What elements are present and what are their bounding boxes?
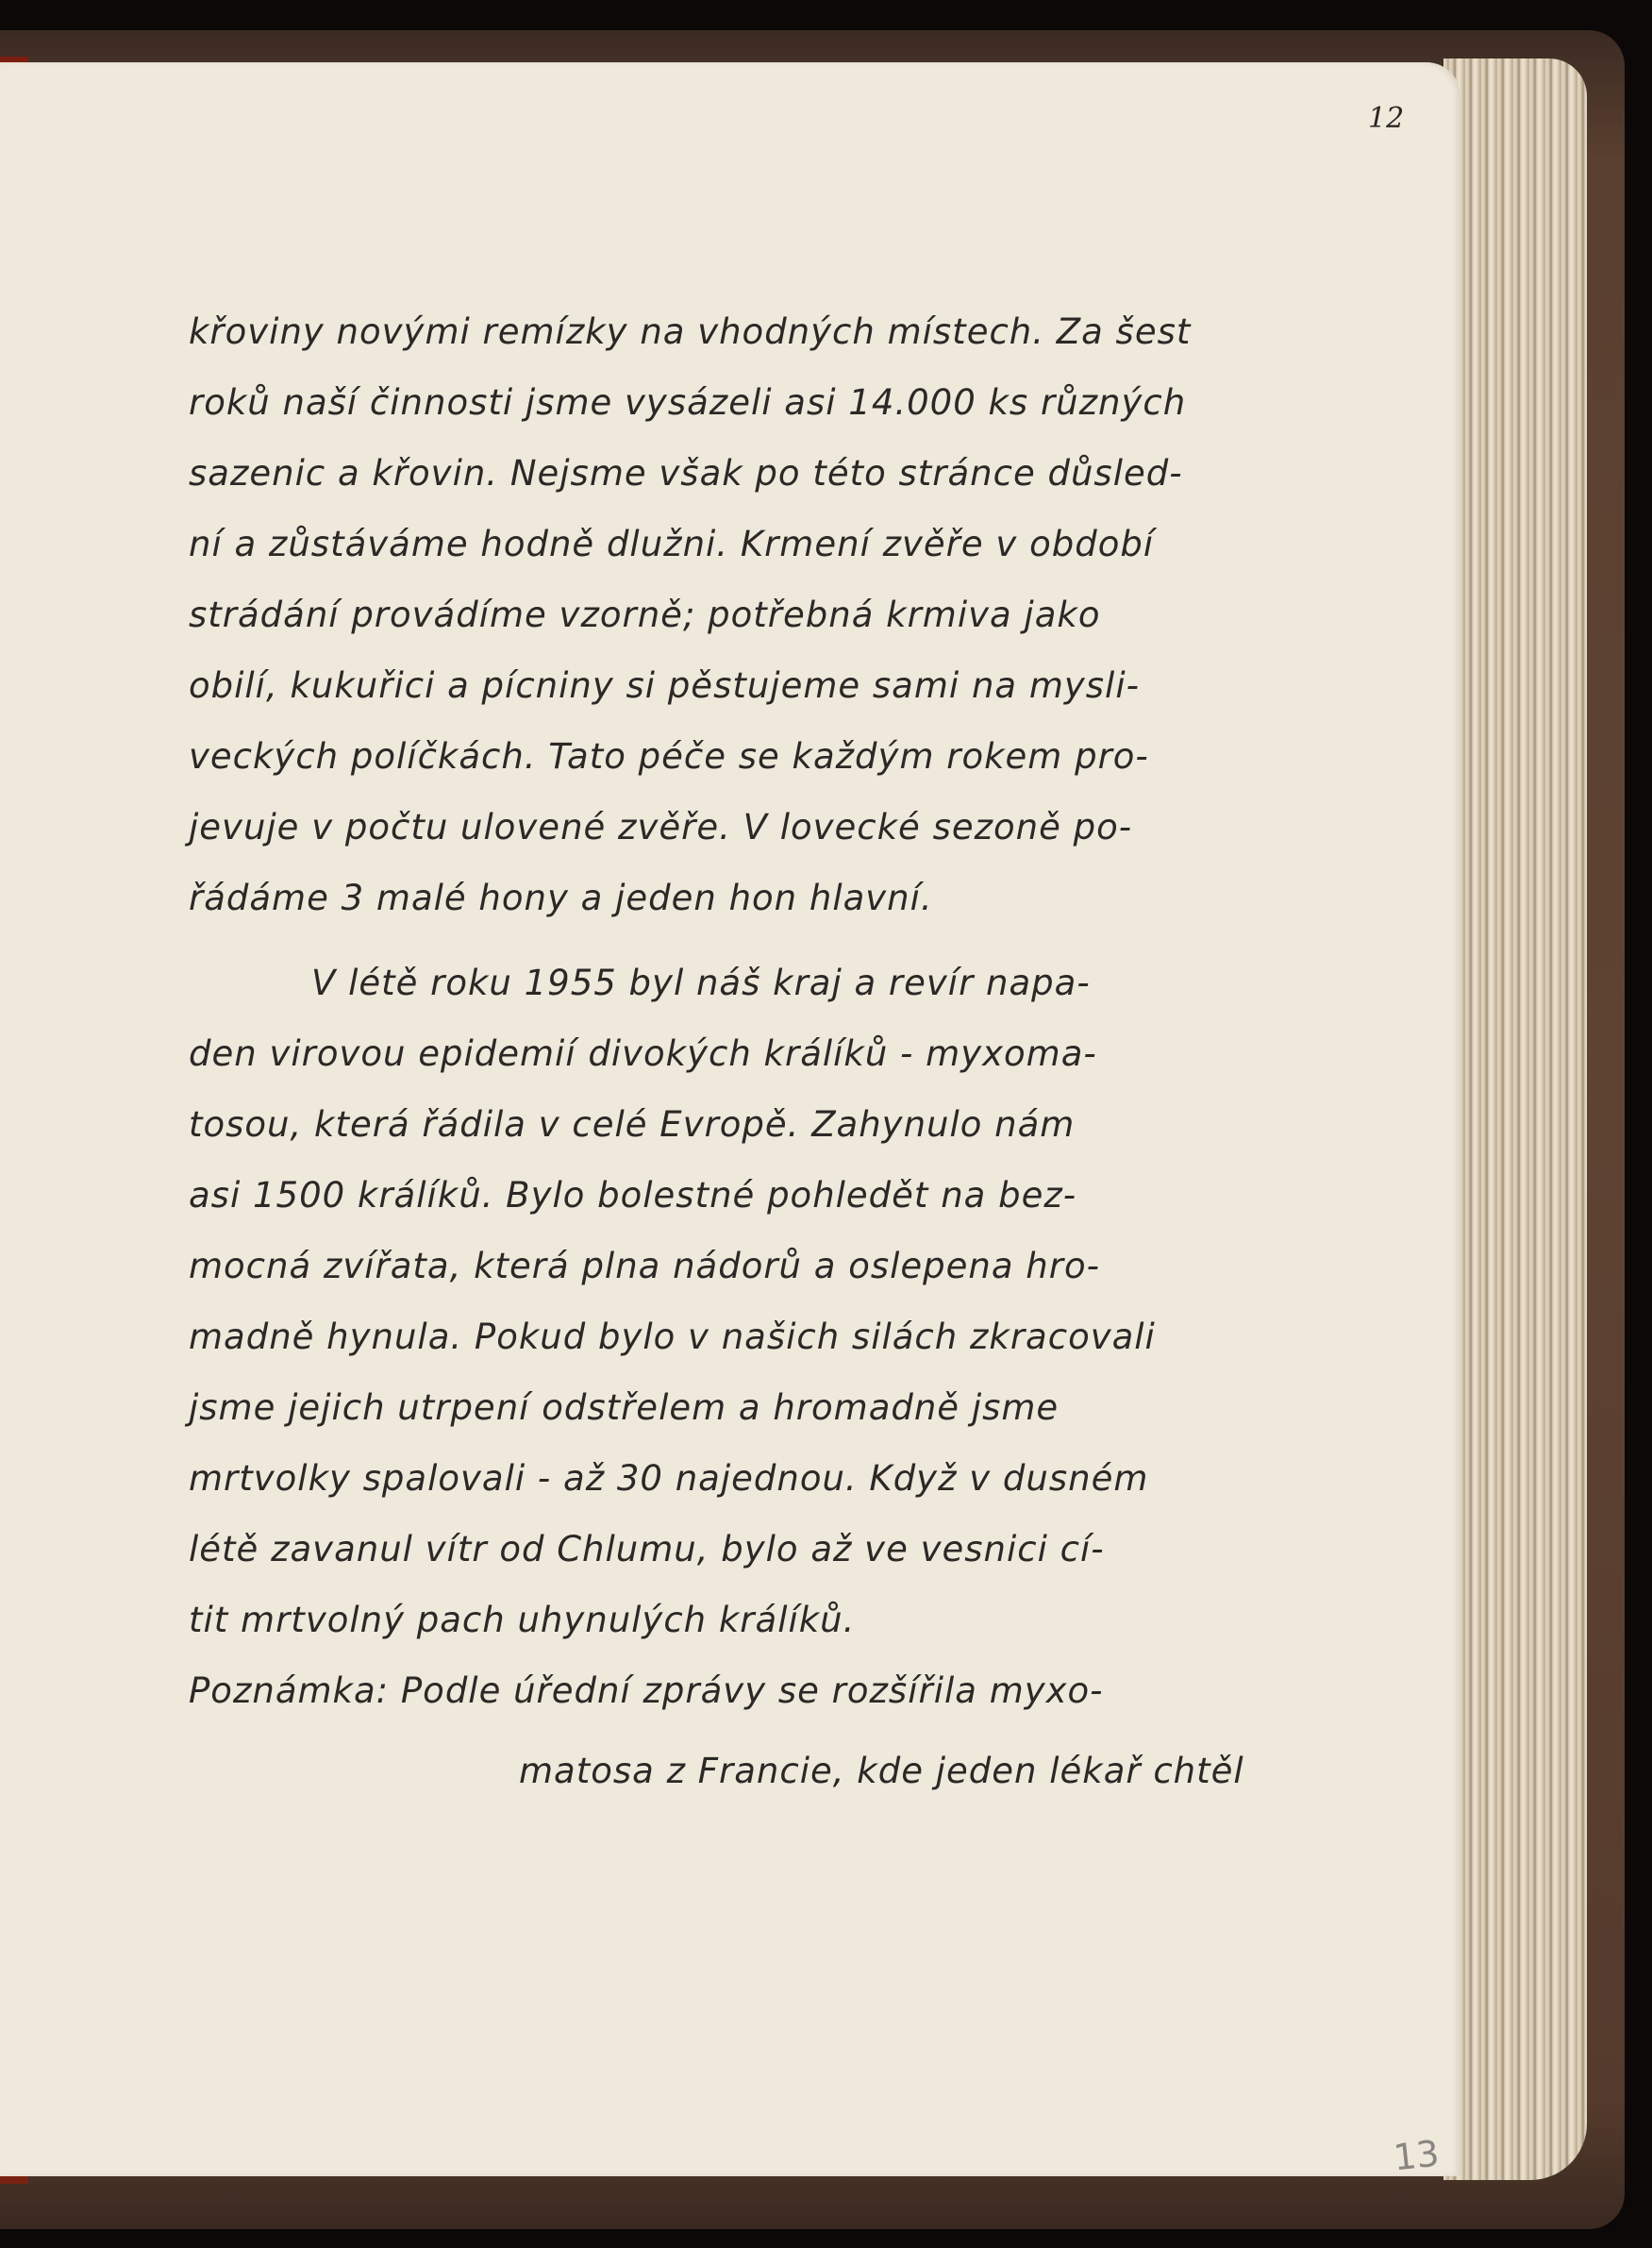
text-line: tit mrtvolný pach uhynulých králíků. [189,1600,855,1640]
text-line: veckých políčkách. Tato péče se každým r… [189,736,1149,777]
page-number-pencil: 13 [1392,2133,1442,2179]
note-continuation-line: matosa z Francie, kde jeden lékař chtěl [519,1751,1244,1791]
text-line: tosou, která řádila v celé Evropě. Zahyn… [189,1104,1075,1145]
text-line: madně hynula. Pokud bylo v našich silách… [189,1317,1156,1357]
paragraph-start-line: V létě roku 1955 byl náš kraj a revír na… [311,963,1091,1003]
text-line: jevuje v počtu ulovené zvěře. V lovecké … [189,807,1132,847]
text-line: mrtvolky spalovali - až 30 najednou. Kdy… [189,1458,1148,1499]
text-line: jsme jejich utrpení odstřelem a hromadně… [189,1387,1059,1428]
text-line: řádáme 3 malé hony a jeden hon hlavní. [189,878,933,918]
text-line: asi 1500 králíků. Bylo bolestné pohledět… [189,1175,1076,1216]
text-line: obilí, kukuřici a pícniny si pěstujeme s… [189,665,1140,706]
note-line: Poznámka: Podle úřední zprávy se rozšíři… [189,1670,1104,1711]
page-block-fore-edge [1443,59,1587,2180]
text-line: ní a zůstáváme hodně dlužni. Krmení zvěř… [189,524,1154,564]
text-line: létě zavanul vítr od Chlumu, bylo až ve … [189,1529,1105,1569]
text-line: den virovou epidemií divokých králíků - … [189,1033,1097,1074]
text-line: roků naší činnosti jsme vysázeli asi 14.… [189,382,1186,423]
text-line: sazenic a křovin. Nejsme však po této st… [189,453,1183,494]
text-line: strádání provádíme vzorně; potřebná krmi… [189,595,1100,635]
page-number-ink: 12 [1368,102,1404,135]
text-line: křoviny novými remízky na vhodných míste… [189,311,1191,352]
text-line: mocná zvířata, která plna nádorů a oslep… [189,1246,1100,1286]
